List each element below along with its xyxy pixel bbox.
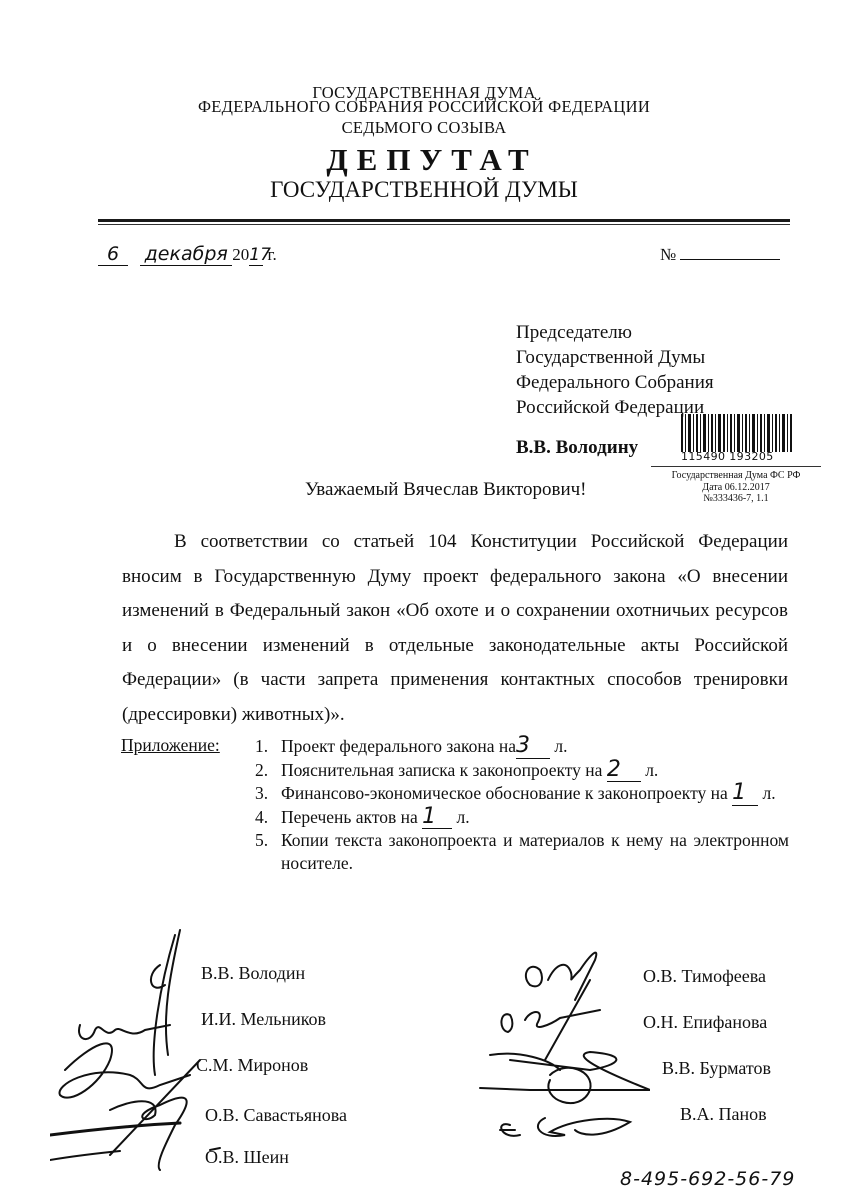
- appendix-item-number: 1.: [255, 735, 281, 759]
- barcode-icon: [681, 414, 793, 452]
- letterhead-rule-thick: [98, 219, 790, 222]
- signatory-name: И.И. Мельников: [201, 1009, 326, 1030]
- appendix-item-unit: л.: [457, 807, 470, 827]
- doc-number: №: [660, 245, 780, 265]
- appendix-item-pages: 2: [607, 759, 641, 783]
- greeting: Уважаемый Вячеслав Викторович!: [305, 479, 587, 501]
- signatory-name: С.М. Миронов: [196, 1055, 308, 1076]
- appendix-item: 2. Пояснительная записка к законопроекту…: [255, 759, 789, 783]
- addressee-name: В.В. Володину: [516, 437, 638, 459]
- appendix-item-pages: 1: [732, 782, 758, 806]
- appendix-item: 5. Копии текста законопроекта и материал…: [255, 829, 789, 874]
- appendix-item-pages: 3: [516, 735, 550, 759]
- appendix-item-unit: л.: [645, 760, 658, 780]
- doc-number-label: №: [660, 245, 676, 264]
- signatory-name: О.В. Тимофеева: [643, 966, 766, 987]
- date-year-unit: г.: [268, 245, 277, 264]
- appendix-item-unit: л.: [554, 736, 567, 756]
- appendix-item-number: 4.: [255, 806, 281, 830]
- date-year-suffix: 17: [249, 245, 263, 266]
- letterhead-rule-thin: [98, 224, 790, 225]
- addressee-line: Государственной Думы: [516, 345, 714, 370]
- appendix-item-pages: 1: [422, 806, 452, 830]
- letterhead-subtitle: ГОСУДАРСТВЕННОЙ ДУМЫ: [0, 177, 848, 203]
- letterhead-line-2: ФЕДЕРАЛЬНОГО СОБРАНИЯ РОССИЙСКОЙ ФЕДЕРАЦ…: [0, 96, 848, 117]
- appendix-item: 1. Проект федерального закона на3 л.: [255, 735, 789, 759]
- appendix-item: 4. Перечень актов на 1 л.: [255, 806, 789, 830]
- appendix-item-number: 3.: [255, 782, 281, 806]
- appendix-item-text: Перечень актов на: [281, 807, 418, 827]
- stamp-number: №333436-7, 1.1: [651, 493, 821, 505]
- signatory-name: О.Н. Епифанова: [643, 1012, 767, 1033]
- barcode-digits: 115490 193205: [681, 450, 774, 463]
- appendix-item-unit: л.: [763, 783, 776, 803]
- signatory-name: В.А. Панов: [680, 1104, 767, 1125]
- date-line: 6 декабря2017 г.: [98, 243, 277, 266]
- appendix-item: 3. Финансово-экономическое обоснование к…: [255, 782, 789, 806]
- signatory-name: В.В. Бурматов: [662, 1058, 771, 1079]
- stamp-org: Государственная Дума ФС РФ: [651, 470, 821, 482]
- handwritten-phone: 8-495-692-56-79: [620, 1168, 795, 1190]
- appendix-list: 1. Проект федерального закона на3 л. 2. …: [255, 735, 789, 874]
- date-year-prefix: 20: [232, 245, 249, 264]
- date-day: 6: [98, 243, 128, 266]
- addressee-line: Председателю: [516, 320, 714, 345]
- body-text: В соответствии со статьей 104 Конституци…: [122, 525, 788, 732]
- addressee-line: Федерального Собрания: [516, 370, 714, 395]
- appendix-item-text: Проект федерального закона на: [281, 736, 516, 756]
- doc-number-value: [680, 245, 780, 260]
- appendix-item-text: Пояснительная записка к законопроекту на: [281, 760, 602, 780]
- signatory-name: В.В. Володин: [201, 963, 305, 984]
- signatory-name: О.В. Шеин: [205, 1147, 289, 1168]
- appendix-item-number: 5.: [255, 829, 281, 874]
- appendix-item-number: 2.: [255, 759, 281, 783]
- appendix-label: Приложение:: [121, 735, 220, 756]
- letterhead-title: ДЕПУТАТ: [0, 142, 848, 178]
- letterhead-line-3: СЕДЬМОГО СОЗЫВА: [0, 117, 848, 138]
- signature-scribbles-right-icon: [470, 940, 650, 1140]
- appendix-item-text: Копии текста законопроекта и материалов …: [281, 829, 789, 874]
- signatory-name: О.В. Савастьянова: [205, 1105, 347, 1126]
- appendix-item-text: Финансово-экономическое обоснование к за…: [281, 783, 728, 803]
- addressee-block: Председателю Государственной Думы Федера…: [516, 320, 714, 420]
- body-paragraph: В соответствии со статьей 104 Конституци…: [122, 525, 788, 732]
- registration-stamp: Государственная Дума ФС РФ Дата 06.12.20…: [651, 466, 821, 505]
- stamp-date: Дата 06.12.2017: [651, 482, 821, 494]
- date-month: декабря: [140, 243, 232, 266]
